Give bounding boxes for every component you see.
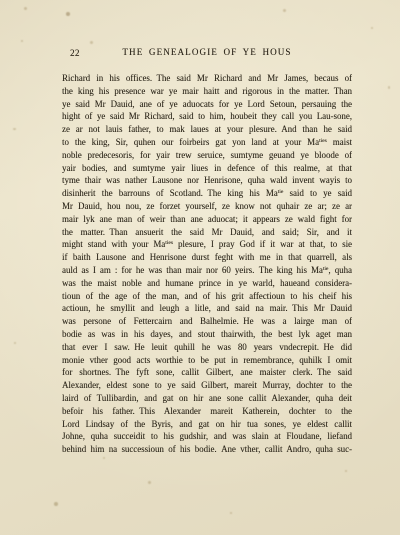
text-line: if baith Lausone and Henrisone durst feg…	[62, 251, 352, 264]
text-line: Mr Dauid, hou nou, ze forzet yourself, z…	[62, 200, 352, 213]
page-number: 22	[70, 48, 80, 58]
text-line: yair bodies, and sumtyme yair liues in d…	[62, 162, 352, 175]
text-line: the matter. Than ansuerit the said Mr Da…	[62, 226, 352, 239]
foxing-spot	[54, 502, 58, 506]
text-line: bodie as was in his dayes, and stout tha…	[62, 328, 352, 341]
text-line: ze ar not lauis father, to mak laues at …	[62, 123, 352, 136]
foxing-spot	[230, 512, 232, 514]
text-line: befoir his father. This Alexander mareit…	[62, 405, 352, 418]
running-title: THE GENEALOGIE OF YE HOUS	[62, 47, 352, 57]
book-page: 22 THE GENEALOGIE OF YE HOUS Richard in …	[0, 0, 400, 535]
text-line: Alexander, eldest sone to ye said Gilber…	[62, 379, 352, 392]
text-line: ye said Mr Dauid, ane of ye aduocats for…	[62, 98, 352, 111]
text-line: laird of Tullibardin, and gat on hir ane…	[62, 392, 352, 405]
text-line: that ever I saw. He leuit quhill he was …	[62, 341, 352, 354]
foxing-spot	[345, 470, 347, 472]
text-line: mair lyk ane man of weir than ane aduoca…	[62, 213, 352, 226]
foxing-spot	[371, 27, 373, 29]
text-line: to the king, Sir, quhen our foirbeirs ga…	[62, 136, 352, 149]
body-text: Richard in his offices. The said Mr Rich…	[62, 72, 352, 456]
foxing-spot	[24, 7, 27, 10]
foxing-spot	[283, 9, 286, 12]
foxing-spot	[90, 41, 93, 44]
text-line: Richard in his offices. The said Mr Rich…	[62, 72, 352, 85]
text-line: might stand with your Maties plesure, I …	[62, 238, 352, 251]
text-line: was the maist noble and humane prince in…	[62, 277, 352, 290]
text-line: tyme thair was nather Lausone nor Henris…	[62, 174, 352, 187]
foxing-spot	[14, 342, 16, 344]
text-line: the king his presence war ye mair haitt …	[62, 85, 352, 98]
text-line: tioun of the age of the man, and of his …	[62, 290, 352, 303]
foxing-spot	[21, 40, 23, 42]
text-line: disinherit the barrouns of Scotland. The…	[62, 187, 352, 200]
foxing-spot	[103, 457, 105, 459]
text-line: auld as I am : for he was than mair nor …	[62, 264, 352, 277]
text-line: Lord Lindsay of the Byris, and gat on hi…	[62, 418, 352, 431]
page-header: 22 THE GENEALOGIE OF YE HOUS	[62, 47, 352, 60]
foxing-spot	[148, 481, 151, 484]
foxing-spot	[388, 86, 390, 89]
text-line: actioun, he smyllit and leugh a litle, a…	[62, 302, 352, 315]
text-line: Johne, quha succeidit to his gudshir, an…	[62, 430, 352, 443]
text-line: monie vther good acts worthie to be put …	[62, 354, 352, 367]
foxing-spot	[66, 12, 70, 16]
text-line: for shortnes. The fyft sone, callit Gilb…	[62, 366, 352, 379]
foxing-spot	[13, 128, 16, 130]
text-line: noble predecesoris, for yair trew seruic…	[62, 149, 352, 162]
text-line: behind him na successioun of his bodie. …	[62, 443, 352, 456]
text-line: was persone of Fettercairn and Balhelmie…	[62, 315, 352, 328]
text-line: hight of ye said Mr Richard, said to him…	[62, 110, 352, 123]
